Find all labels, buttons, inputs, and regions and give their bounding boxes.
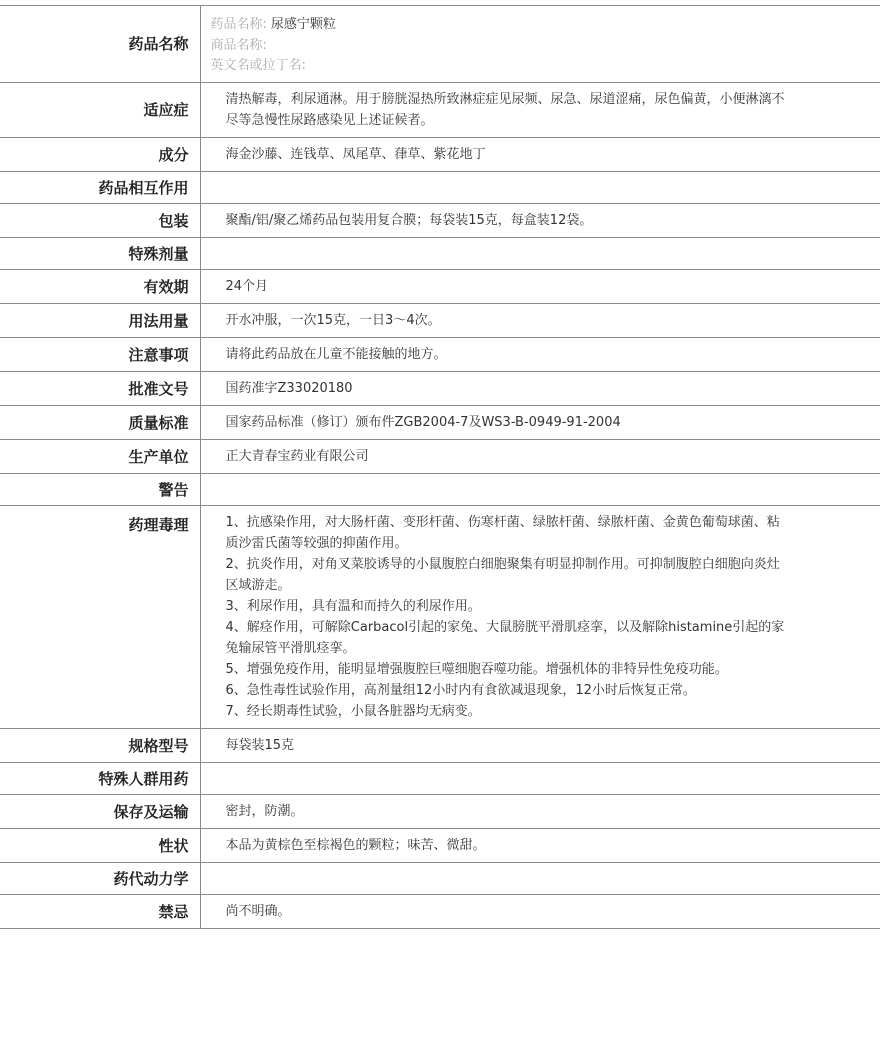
row-label: 禁忌: [0, 894, 200, 928]
generic-name-label: 药品名称:: [211, 17, 267, 32]
row-value: 开水冲服，一次15克，一日3～4次。: [200, 303, 880, 337]
row-drug-name: 药品名称 药品名称:尿感宁颗粒 商品名称: 英文名或拉丁名:: [0, 6, 880, 83]
row-warning: 警告: [0, 473, 880, 505]
row-label: 规格型号: [0, 728, 200, 762]
pharmacology-item: 4、解痉作用，可解除Carbacol引起的家兔、大鼠膀胱平滑肌痉挛，以及解除hi…: [226, 617, 791, 659]
row-value: 本品为黄棕色至棕褐色的颗粒；味苦、微甜。: [200, 828, 880, 862]
trade-name-label: 商品名称:: [211, 38, 267, 53]
pharmacology-item: 5、增强免疫作用，能明显增强腹腔巨噬细胞吞噬功能。增强机体的非特异性免疫功能。: [226, 659, 791, 680]
row-value: [200, 762, 880, 794]
row-manufacturer: 生产单位 正大青春宝药业有限公司: [0, 439, 880, 473]
row-value: [200, 237, 880, 269]
pharmacology-item: 3、利尿作用，具有温和而持久的利尿作用。: [226, 596, 791, 617]
row-indications: 适应症 清热解毒，利尿通淋。用于膀胱湿热所致淋症症见尿频、尿急、尿道涩痛，尿色偏…: [0, 82, 880, 137]
row-precautions: 注意事项 请将此药品放在儿童不能接触的地方。: [0, 337, 880, 371]
drug-spec-page: 药品名称 药品名称:尿感宁颗粒 商品名称: 英文名或拉丁名: 适应症 清热解毒，…: [0, 5, 880, 929]
row-label: 包装: [0, 203, 200, 237]
row-value: 海金沙藤、连钱草、凤尾草、葎草、紫花地丁: [200, 137, 880, 171]
row-value: 24个月: [200, 269, 880, 303]
row-label: 批准文号: [0, 371, 200, 405]
row-label: 有效期: [0, 269, 200, 303]
row-specification: 规格型号 每袋装15克: [0, 728, 880, 762]
row-pharmacology-toxicology: 药理毒理 1、抗感染作用，对大肠杆菌、变形杆菌、伤寒杆菌、绿脓杆菌、绿脓杆菌、金…: [0, 505, 880, 728]
row-ingredients: 成分 海金沙藤、连钱草、凤尾草、葎草、紫花地丁: [0, 137, 880, 171]
row-value: [200, 862, 880, 894]
row-value: 每袋装15克: [200, 728, 880, 762]
pharmacology-item: 2、抗炎作用，对角叉菜胶诱导的小鼠腹腔白细胞聚集有明显抑制作用。可抑制腹腔白细胞…: [226, 554, 791, 596]
row-label: 特殊剂量: [0, 237, 200, 269]
row-label: 药代动力学: [0, 862, 200, 894]
pharmacology-item: 1、抗感染作用，对大肠杆菌、变形杆菌、伤寒杆菌、绿脓杆菌、绿脓杆菌、金黄色葡萄球…: [226, 512, 791, 554]
generic-name-line: 药品名称:尿感宁颗粒: [211, 15, 861, 36]
row-contraindications: 禁忌 尚不明确。: [0, 894, 880, 928]
row-packaging: 包装 聚酯/铝/聚乙烯药品包装用复合膜；每袋装15克，每盒装12袋。: [0, 203, 880, 237]
row-label: 药品相互作用: [0, 171, 200, 203]
latin-name-line: 英文名或拉丁名:: [211, 56, 861, 77]
row-storage: 保存及运输 密封，防潮。: [0, 794, 880, 828]
trade-name-line: 商品名称:: [211, 36, 861, 57]
row-shelf-life: 有效期 24个月: [0, 269, 880, 303]
row-label: 生产单位: [0, 439, 200, 473]
row-dosage: 用法用量 开水冲服，一次15克，一日3～4次。: [0, 303, 880, 337]
row-value: 清热解毒，利尿通淋。用于膀胱湿热所致淋症症见尿频、尿急、尿道涩痛，尿色偏黄，小便…: [200, 82, 880, 137]
row-value: [200, 473, 880, 505]
row-value: 1、抗感染作用，对大肠杆菌、变形杆菌、伤寒杆菌、绿脓杆菌、绿脓杆菌、金黄色葡萄球…: [200, 505, 880, 728]
row-value: 国药准字Z33020180: [200, 371, 880, 405]
row-label: 适应症: [0, 82, 200, 137]
pharmacology-item: 6、急性毒性试验作用，高剂量组12小时内有食欲减退现象，12小时后恢复正常。: [226, 680, 791, 701]
row-value: 正大青春宝药业有限公司: [200, 439, 880, 473]
row-label: 保存及运输: [0, 794, 200, 828]
row-value: 药品名称:尿感宁颗粒 商品名称: 英文名或拉丁名:: [200, 6, 880, 83]
row-label: 成分: [0, 137, 200, 171]
row-label: 注意事项: [0, 337, 200, 371]
row-special-dosage: 特殊剂量: [0, 237, 880, 269]
row-value: 国家药品标准（修订）颁布件ZGB2004-7及WS3-B-0949-91-200…: [200, 405, 880, 439]
row-description: 性状 本品为黄棕色至棕褐色的颗粒；味苦、微甜。: [0, 828, 880, 862]
pharmacology-item: 7、经长期毒性试验，小鼠各脏器均无病变。: [226, 701, 791, 722]
row-interactions: 药品相互作用: [0, 171, 880, 203]
row-label: 质量标准: [0, 405, 200, 439]
row-value: 尚不明确。: [200, 894, 880, 928]
row-pharmacokinetics: 药代动力学: [0, 862, 880, 894]
drug-spec-table: 药品名称 药品名称:尿感宁颗粒 商品名称: 英文名或拉丁名: 适应症 清热解毒，…: [0, 5, 880, 929]
row-label: 性状: [0, 828, 200, 862]
row-value: [200, 171, 880, 203]
row-label: 药理毒理: [0, 505, 200, 728]
latin-name-label: 英文名或拉丁名:: [211, 58, 306, 73]
row-label: 用法用量: [0, 303, 200, 337]
row-value: 密封，防潮。: [200, 794, 880, 828]
generic-name-value: 尿感宁颗粒: [271, 17, 336, 32]
row-label: 警告: [0, 473, 200, 505]
row-value: 聚酯/铝/聚乙烯药品包装用复合膜；每袋装15克，每盒装12袋。: [200, 203, 880, 237]
row-value: 请将此药品放在儿童不能接触的地方。: [200, 337, 880, 371]
row-quality-standard: 质量标准 国家药品标准（修订）颁布件ZGB2004-7及WS3-B-0949-9…: [0, 405, 880, 439]
row-label: 特殊人群用药: [0, 762, 200, 794]
row-label: 药品名称: [0, 6, 200, 83]
row-special-populations: 特殊人群用药: [0, 762, 880, 794]
row-approval-number: 批准文号 国药准字Z33020180: [0, 371, 880, 405]
